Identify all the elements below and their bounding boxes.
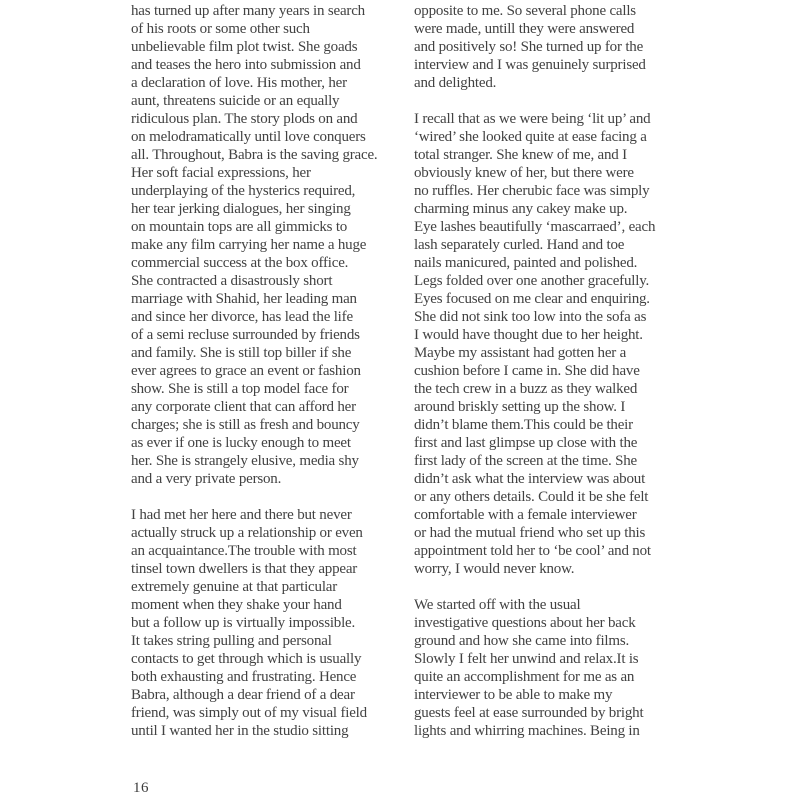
text-line: ground and how she came into films.	[414, 632, 690, 650]
text-line: comfortable with a female interviewer	[414, 506, 690, 524]
text-line: quite an accomplishment for me as an	[414, 668, 690, 686]
text-line: and positively so! She turned up for the	[414, 38, 690, 56]
text-line: Her soft facial expressions, her	[131, 164, 397, 182]
paragraph: We started off with the usualinvestigati…	[414, 596, 690, 740]
text-line: any corporate client that can afford her	[131, 398, 397, 416]
text-line: aunt, threatens suicide or an equally	[131, 92, 397, 110]
text-line: We started off with the usual	[414, 596, 690, 614]
text-line: charming minus any cakey make up.	[414, 200, 690, 218]
text-line: ever agrees to grace an event or fashion	[131, 362, 397, 380]
text-line: opposite to me. So several phone calls	[414, 2, 690, 20]
text-line: cushion before I came in. She did have	[414, 362, 690, 380]
text-line: make any film carrying her name a huge	[131, 236, 397, 254]
text-line: obviously knew of her, but there were	[414, 164, 690, 182]
text-line: has turned up after many years in search	[131, 2, 397, 20]
text-line: but a follow up is virtually impossible.	[131, 614, 397, 632]
text-line: and since her divorce, has lead the life	[131, 308, 397, 326]
paragraph: I recall that as we were being ‘lit up’ …	[414, 110, 690, 578]
text-line: I recall that as we were being ‘lit up’ …	[414, 110, 690, 128]
paragraph: I had met her here and there but neverac…	[131, 506, 397, 740]
text-line: unbelievable film plot twist. She goads	[131, 38, 397, 56]
text-line: until I wanted her in the studio sitting	[131, 722, 397, 740]
text-line: an acquaintance.The trouble with most	[131, 542, 397, 560]
text-line: her tear jerking dialogues, her singing	[131, 200, 397, 218]
text-line: ‘wired’ she looked quite at ease facing …	[414, 128, 690, 146]
text-line: charges; she is still as fresh and bounc…	[131, 416, 397, 434]
text-line: and a very private person.	[131, 470, 397, 488]
text-line: commercial success at the box office.	[131, 254, 397, 272]
text-line: lash separately curled. Hand and toe	[414, 236, 690, 254]
text-line: first and last glimpse up close with the	[414, 434, 690, 452]
text-line: on melodramatically until love conquers	[131, 128, 397, 146]
text-line: show. She is still a top model face for	[131, 380, 397, 398]
text-line: no ruffles. Her cherubic face was simply	[414, 182, 690, 200]
text-line: tinsel town dwellers is that they appear	[131, 560, 397, 578]
text-line: were made, untill they were answered	[414, 20, 690, 38]
text-line: lights and whirring machines. Being in	[414, 722, 690, 740]
text-line: worry, I would never know.	[414, 560, 690, 578]
text-line: interview and I was genuinely surprised	[414, 56, 690, 74]
text-line: friend, was simply out of my visual fiel…	[131, 704, 397, 722]
text-line: Legs folded over one another gracefully.	[414, 272, 690, 290]
text-line: She contracted a disastrously short	[131, 272, 397, 290]
text-line: her. She is strangely elusive, media shy	[131, 452, 397, 470]
paragraph: has turned up after many years in search…	[131, 2, 397, 488]
book-page: has turned up after many years in search…	[0, 0, 800, 800]
text-line: moment when they shake your hand	[131, 596, 397, 614]
text-line: first lady of the screen at the time. Sh…	[414, 452, 690, 470]
text-line: Eyes focused on me clear and enquiring.	[414, 290, 690, 308]
text-line: actually struck up a relationship or eve…	[131, 524, 397, 542]
text-line: of his roots or some other such	[131, 20, 397, 38]
page-number: 16	[133, 780, 149, 797]
text-line: both exhausting and frustrating. Hence	[131, 668, 397, 686]
text-line: as ever if one is lucky enough to meet	[131, 434, 397, 452]
text-line: total stranger. She knew of me, and I	[414, 146, 690, 164]
text-line: Slowly I felt her unwind and relax.It is	[414, 650, 690, 668]
text-line: Maybe my assistant had gotten her a	[414, 344, 690, 362]
text-line: a declaration of love. His mother, her	[131, 74, 397, 92]
text-line: and delighted.	[414, 74, 690, 92]
text-line: Babra, although a dear friend of a dear	[131, 686, 397, 704]
text-line: underplaying of the hysterics required,	[131, 182, 397, 200]
text-column-right: opposite to me. So several phone callswe…	[414, 2, 690, 740]
text-column-left: has turned up after many years in search…	[131, 2, 397, 740]
text-line: extremely genuine at that particular	[131, 578, 397, 596]
text-line: and teases the hero into submission and	[131, 56, 397, 74]
text-line: ridiculous plan. The story plods on and	[131, 110, 397, 128]
text-line: She did not sink too low into the sofa a…	[414, 308, 690, 326]
text-line: of a semi recluse surrounded by friends	[131, 326, 397, 344]
text-line: didn’t blame them.This could be their	[414, 416, 690, 434]
text-line: I would have thought due to her height.	[414, 326, 690, 344]
text-line: marriage with Shahid, her leading man	[131, 290, 397, 308]
text-line: and family. She is still top biller if s…	[131, 344, 397, 362]
text-line: appointment told her to ‘be cool’ and no…	[414, 542, 690, 560]
text-line: guests feel at ease surrounded by bright	[414, 704, 690, 722]
text-line: interviewer to be able to make my	[414, 686, 690, 704]
text-line: nails manicured, painted and polished.	[414, 254, 690, 272]
text-line: I had met her here and there but never	[131, 506, 397, 524]
text-line: investigative questions about her back	[414, 614, 690, 632]
text-line: around briskly setting up the show. I	[414, 398, 690, 416]
text-line: or any others details. Could it be she f…	[414, 488, 690, 506]
text-line: didn’t ask what the interview was about	[414, 470, 690, 488]
text-line: on mountain tops are all gimmicks to	[131, 218, 397, 236]
text-line: the tech crew in a buzz as they walked	[414, 380, 690, 398]
text-line: It takes string pulling and personal	[131, 632, 397, 650]
text-line: or had the mutual friend who set up this	[414, 524, 690, 542]
text-line: all. Throughout, Babra is the saving gra…	[131, 146, 397, 164]
paragraph: opposite to me. So several phone callswe…	[414, 2, 690, 92]
text-line: contacts to get through which is usually	[131, 650, 397, 668]
text-line: Eye lashes beautifully ‘mascarraed’, eac…	[414, 218, 690, 236]
